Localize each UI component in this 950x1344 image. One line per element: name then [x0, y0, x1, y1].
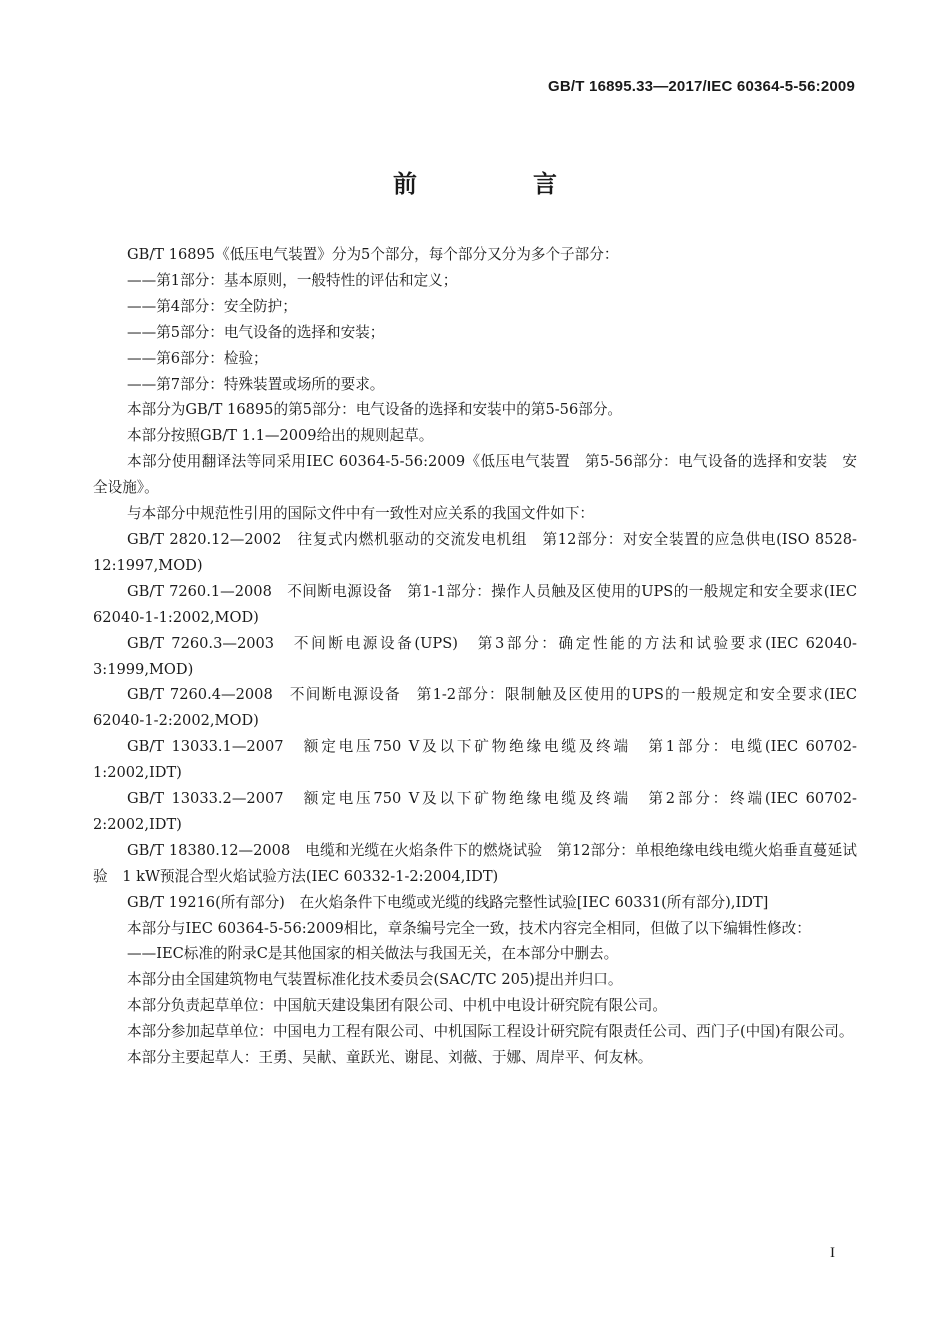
reference-item: GB/T 13033.2—2007 额定电压750 V及以下矿物绝缘电缆及终端 … — [93, 786, 857, 838]
paragraph-participating-drafters: 本部分参加起草单位：中国电力工程有限公司、中机国际工程设计研究院有限责任公司、西… — [93, 1019, 857, 1045]
paragraph-main-drafters: 本部分主要起草人：王勇、吴献、童跃光、谢昆、刘薇、于娜、周岸平、何友林。 — [93, 1045, 857, 1071]
list-item-editorial-change: ——IEC标准的附录C是其他国家的相关做法与我国无关，在本部分中删去。 — [93, 941, 857, 967]
reference-item: GB/T 7260.1—2008 不间断电源设备 第1-1部分：操作人员触及区使… — [93, 579, 857, 631]
list-item-part-5: ——第5部分：电气设备的选择和安装； — [93, 320, 857, 346]
list-item-part-1: ——第1部分：基本原则，一般特性的评估和定义； — [93, 268, 857, 294]
list-item-part-7: ——第7部分：特殊装置或场所的要求。 — [93, 372, 857, 398]
reference-item: GB/T 7260.4—2008 不间断电源设备 第1-2部分：限制触及区使用的… — [93, 682, 857, 734]
reference-item: GB/T 18380.12—2008 电缆和光缆在火焰条件下的燃烧试验 第12部… — [93, 838, 857, 890]
reference-item: GB/T 19216(所有部分) 在火焰条件下电缆或光缆的线路完整性试验[IEC… — [93, 890, 857, 916]
page-title: 前 言 — [0, 164, 950, 199]
paragraph-comparison: 本部分与IEC 60364-5-56:2009相比，章条编号完全一致，技术内容完… — [93, 916, 857, 942]
reference-item: GB/T 2820.12—2002 往复式内燃机驱动的交流发电机组 第12部分：… — [93, 527, 857, 579]
paragraph-references-intro: 与本部分中规范性引用的国际文件中有一致性对应关系的我国文件如下： — [93, 501, 857, 527]
paragraph-adoption: 本部分使用翻译法等同采用IEC 60364-5-56:2009《低压电气装置 第… — [93, 449, 857, 501]
page-number: I — [830, 1245, 835, 1262]
list-item-part-4: ——第4部分：安全防护； — [93, 294, 857, 320]
paragraph-proposer: 本部分由全国建筑物电气装置标准化技术委员会(SAC/TC 205)提出并归口。 — [93, 967, 857, 993]
paragraph-responsible-drafters: 本部分负责起草单位：中国航天建设集团有限公司、中机中电设计研究院有限公司。 — [93, 993, 857, 1019]
foreword-body: GB/T 16895《低压电气装置》分为5个部分，每个部分又分为多个子部分： —… — [93, 242, 857, 1071]
paragraph-intro: GB/T 16895《低压电气装置》分为5个部分，每个部分又分为多个子部分： — [93, 242, 857, 268]
paragraph-drafting-rules: 本部分按照GB/T 1.1—2009给出的规则起草。 — [93, 423, 857, 449]
reference-item: GB/T 7260.3—2003 不间断电源设备(UPS) 第3部分：确定性能的… — [93, 631, 857, 683]
list-item-part-6: ——第6部分：检验； — [93, 346, 857, 372]
standard-number-header: GB/T 16895.33—2017/IEC 60364-5-56:2009 — [548, 78, 855, 95]
paragraph-scope: 本部分为GB/T 16895的第5部分：电气设备的选择和安装中的第5-56部分。 — [93, 397, 857, 423]
reference-item: GB/T 13033.1—2007 额定电压750 V及以下矿物绝缘电缆及终端 … — [93, 734, 857, 786]
